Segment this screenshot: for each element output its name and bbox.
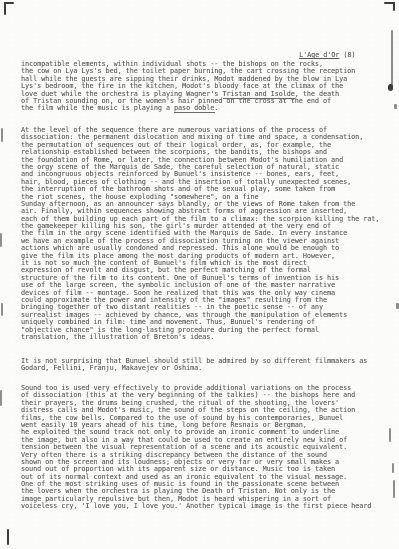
right-margin-tick-3 <box>389 428 391 442</box>
left-margin-mark-1 <box>1 128 3 142</box>
left-margin-mark-4 <box>0 390 2 406</box>
page-header-title: L'Age d'Or <box>299 51 339 59</box>
paragraph-3: It is not surprising that Bunuel should … <box>21 358 367 373</box>
left-margin-mark-2 <box>0 233 2 247</box>
right-margin-tick-5 <box>393 480 395 498</box>
text-line: translation, the illustration of Breton'… <box>21 334 379 341</box>
page-header-number: (8) <box>343 51 355 59</box>
right-margin-blot <box>388 84 393 91</box>
left-margin-mark-5 <box>7 529 9 545</box>
page-header: L'Age d'Or (8) <box>291 45 355 60</box>
paragraph-1: incompatible elements, within individual… <box>21 61 355 113</box>
text-line: Godard, Fellini, Franju, Makavejev or Os… <box>21 365 367 372</box>
paragraph-2: At the level of the sequence there are n… <box>21 127 379 341</box>
right-margin-tick-1 <box>394 104 397 109</box>
underline-tristan-und-isolde <box>223 98 295 99</box>
right-margin-tick-4 <box>392 463 394 473</box>
text-line: voiceless cry, 'I love you, I love you.'… <box>21 503 371 510</box>
paragraph-4: Sound too is used very effectively to pr… <box>21 385 371 511</box>
corner-bracket-top-left-stem <box>4 2 6 15</box>
right-margin-stroke <box>391 30 393 90</box>
corner-bracket-top-right-stem <box>393 2 395 11</box>
scanned-typescript-page: { "header": { "title": "L'Age d'Or", "pa… <box>0 0 399 549</box>
left-margin-mark-3 <box>1 303 3 316</box>
underline-paso-doble <box>174 112 215 113</box>
